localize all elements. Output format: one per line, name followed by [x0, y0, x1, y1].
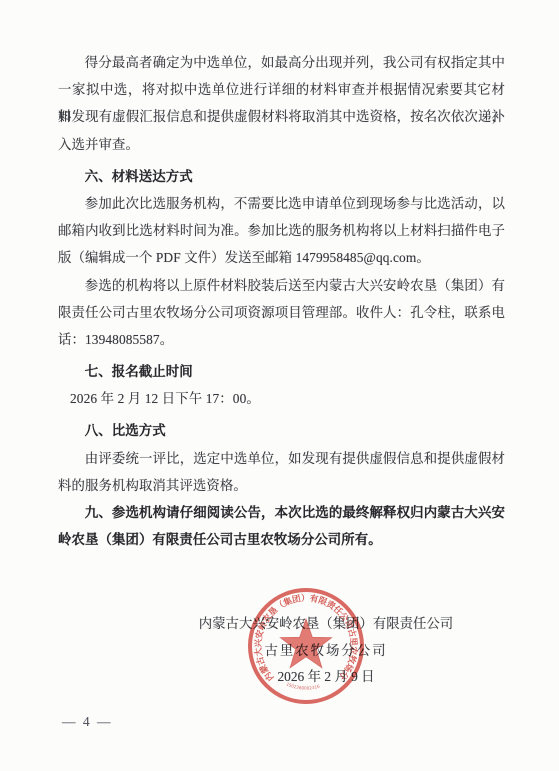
document-body: 得分最高者确定为中选单位，如最高分出现并列，我公司有权指定其中 一家拟中选，将对… [58, 49, 505, 553]
official-red-seal: 内蒙古大兴安岭农垦（集团）有限责任公司古里农牧场分公司 150226000231… [231, 571, 381, 721]
paragraph-line: 料的服务机构取消其评选资格。 [58, 472, 505, 499]
paragraph-line: 参加此次比选服务机构，不需要比选申请单位到现场参与比选活动，以 [58, 190, 505, 217]
paragraph-line: 如发现有虚假汇报信息和提供虚假材料将取消其中选资格，按名次依次递补 [58, 103, 505, 130]
paragraph-line: 入选并审查。 [58, 131, 505, 158]
paragraph-line: 参选的机构将以上原件材料胶装后送至内蒙古大兴安岭农垦（集团）有 [58, 272, 505, 299]
section-heading-6: 六、材料送达方式 [58, 163, 505, 190]
paragraph-line-phone: 话：13948085587。 [58, 326, 505, 353]
section-heading-8: 八、比选方式 [58, 417, 505, 444]
paragraph-line: 由评委统一评比，选定中选单位，如发现有提供虚假信息和提供虚假材 [58, 445, 505, 472]
seal-star-icon [280, 619, 331, 668]
paragraph-line: 限责任公司古里农牧场分公司项资源项目管理部。收件人：孔令柱，联系电 [58, 299, 505, 326]
paragraph-line: 邮箱内收到比选材料时间为准。参加比选的服务机构将以上材料扫描件电子 [58, 217, 505, 244]
seal-serial-number: 1502260002316 [286, 681, 321, 690]
seal-ring-text: 内蒙古大兴安岭农垦（集团）有限责任公司古里农牧场分公司 [231, 571, 360, 684]
paragraph-line: 得分最高者确定为中选单位，如最高分出现并列，我公司有权指定其中 [58, 49, 505, 76]
deadline-date-line: 2026 年 2 月 12 日下午 17：00。 [58, 385, 505, 412]
paragraph-line-section-9: 岭农垦（集团）有限责任公司古里农牧场分公司所有。 [58, 526, 505, 553]
page-number: — 4 — [62, 714, 113, 730]
paragraph-line: 一家拟中选，将对拟中选单位进行详细的材料审查并根据情况索要其它材料， [58, 76, 505, 103]
paragraph-line-section-9: 九、参选机构请仔细阅读公告，本次比选的最终解释权归内蒙古大兴安 [58, 499, 505, 526]
section-heading-7: 七、报名截止时间 [58, 358, 505, 385]
paragraph-line-email: 版（编辑成一个 PDF 文件）发送至邮箱 1479958485@qq.com。 [58, 244, 505, 271]
scanned-document-page: 得分最高者确定为中选单位，如最高分出现并列，我公司有权指定其中 一家拟中选，将对… [0, 0, 559, 771]
